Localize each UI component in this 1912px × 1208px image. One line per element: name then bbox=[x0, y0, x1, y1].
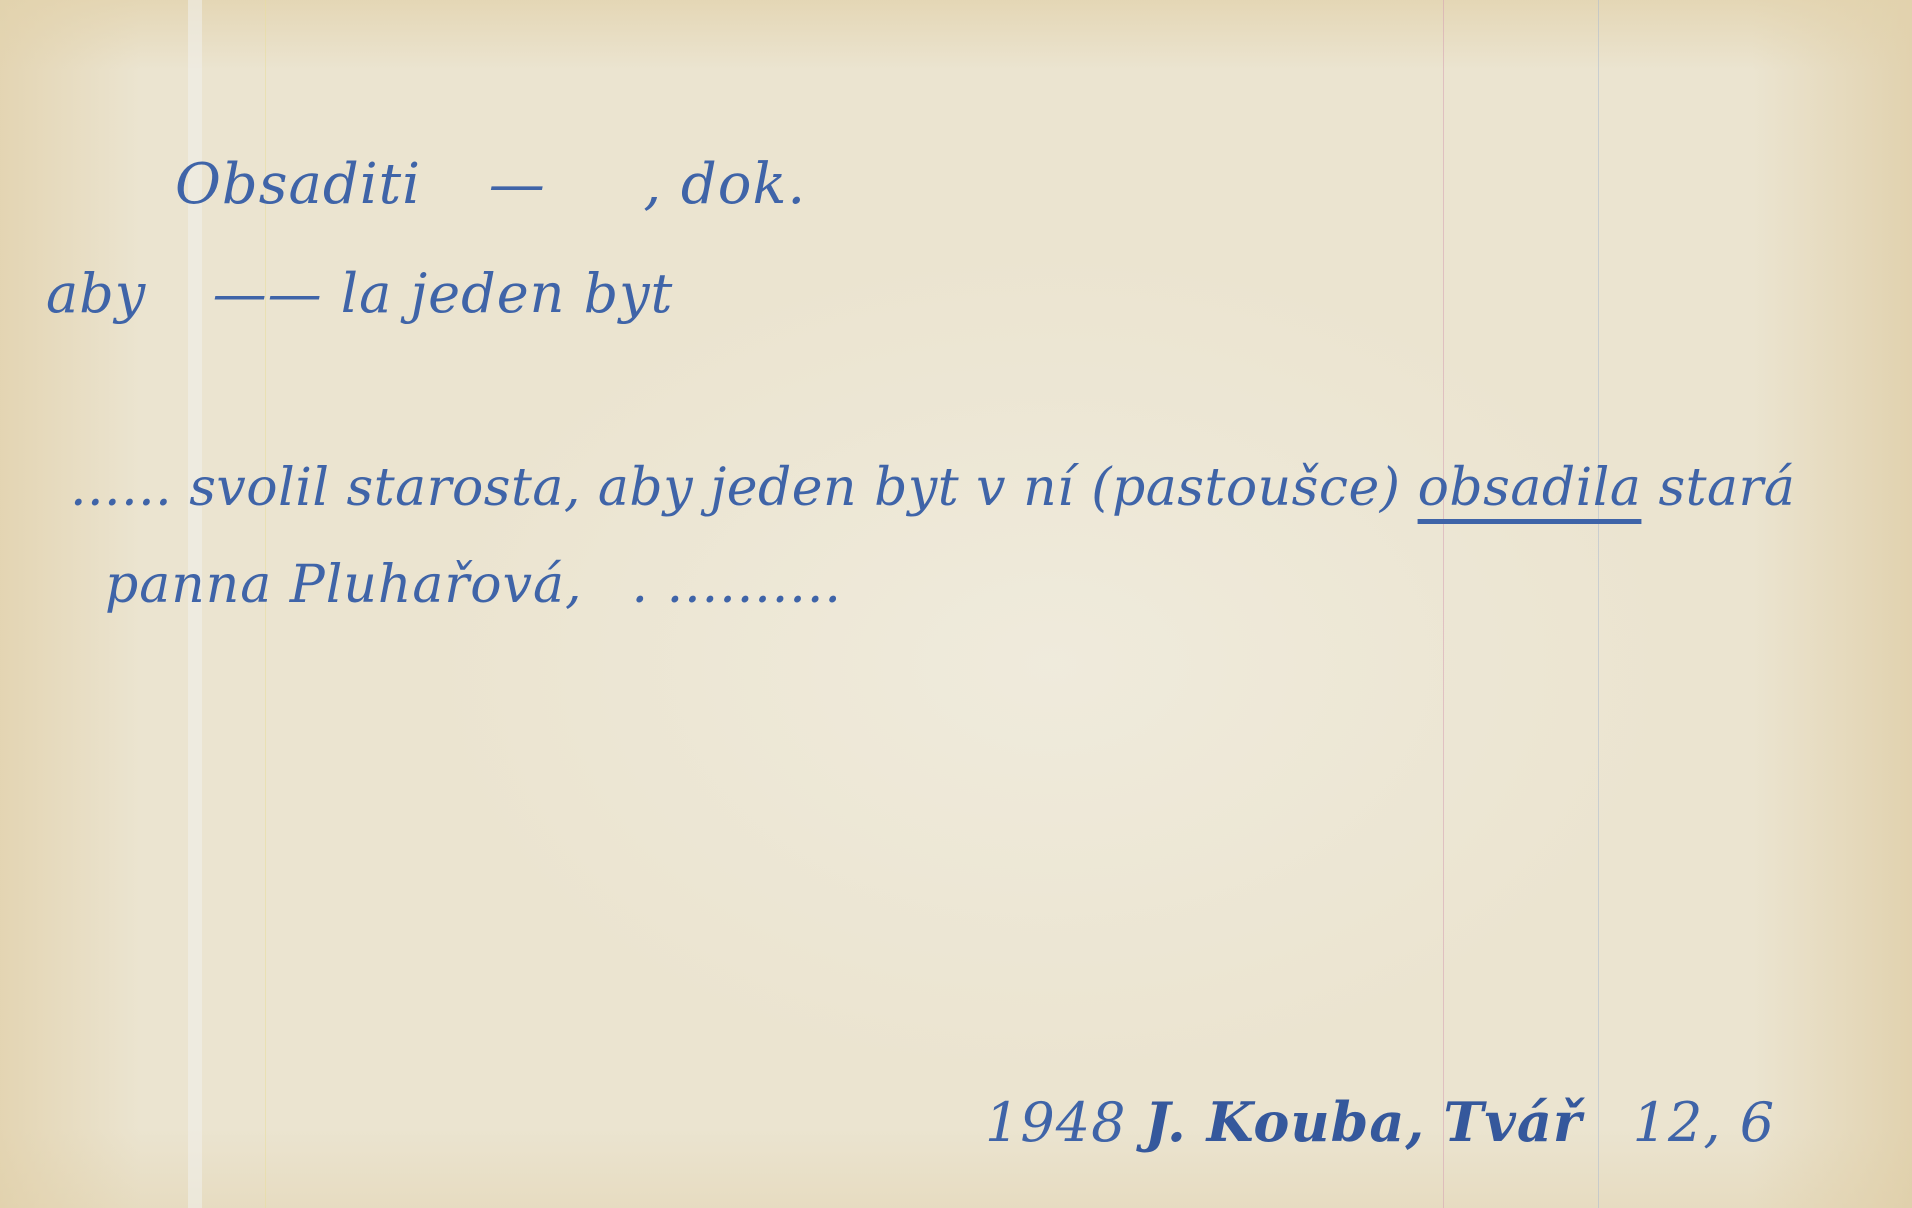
highlighted-word: obsadila bbox=[1418, 458, 1642, 518]
headword: Obsaditi bbox=[175, 152, 421, 217]
leading-ellipsis: ...... bbox=[70, 458, 172, 518]
source-reference: 1948 J. Kouba, Tvář 12, 6 bbox=[985, 1090, 1775, 1154]
citation-line-2: panna Pluhařová, . .......... bbox=[105, 555, 842, 615]
document-card: Obsaditi — , dok. aby —— la jeden byt ..… bbox=[0, 0, 1912, 1208]
ruled-line-blue bbox=[1598, 0, 1599, 1208]
citation-text-after: stará bbox=[1658, 458, 1795, 518]
source-work: Tvář bbox=[1443, 1090, 1582, 1154]
headword-dash: — bbox=[489, 152, 546, 217]
citation-text-continued: panna Pluhařová, bbox=[105, 555, 582, 615]
usage-pattern-line: aby —— la jeden byt bbox=[46, 262, 673, 325]
source-page-ref: 12, 6 bbox=[1633, 1091, 1775, 1154]
citation-line-1: ...... svolil starosta, aby jeden byt v … bbox=[70, 458, 1795, 518]
ruled-line-pink bbox=[1443, 0, 1444, 1208]
pattern-suffix: la jeden byt bbox=[341, 262, 674, 325]
source-year: 1948 bbox=[985, 1091, 1126, 1154]
pattern-prefix: aby bbox=[46, 262, 146, 325]
source-author: J. Kouba, bbox=[1145, 1090, 1426, 1154]
citation-text: svolil starosta, aby jeden byt v ní (pas… bbox=[189, 458, 1400, 518]
aspect-label: , dok. bbox=[643, 152, 806, 217]
trailing-ellipsis: . .......... bbox=[632, 555, 842, 615]
headword-line: Obsaditi — , dok. bbox=[175, 152, 806, 217]
pattern-dash: —— bbox=[213, 262, 323, 325]
